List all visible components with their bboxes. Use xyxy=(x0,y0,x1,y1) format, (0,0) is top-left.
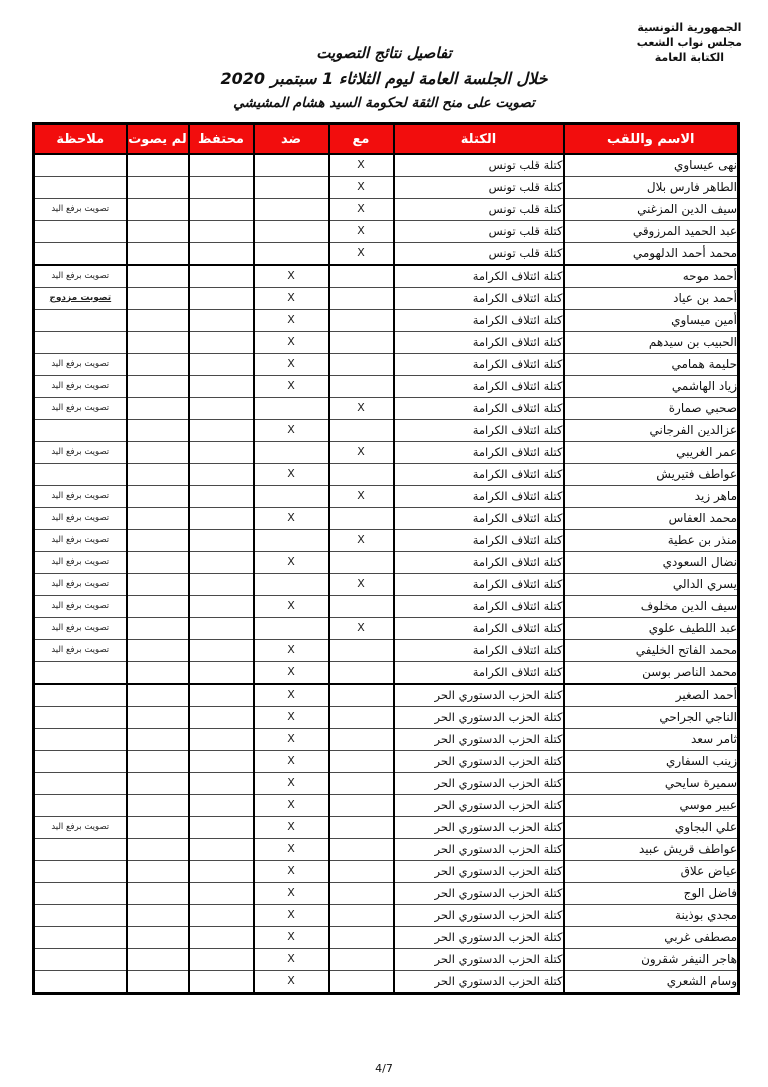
name-cell: صحبي صمارة xyxy=(564,398,739,420)
name-cell: حليمة همامي xyxy=(564,354,739,376)
vote-against-cell: X xyxy=(254,839,329,861)
abstain-cell xyxy=(189,861,254,883)
vote-for-cell xyxy=(329,861,394,883)
vote-against-cell: X xyxy=(254,596,329,618)
bloc-cell: كتلة ائتلاف الكرامة xyxy=(394,530,564,552)
vote-for-cell xyxy=(329,839,394,861)
vote-for-cell xyxy=(329,883,394,905)
table-row: محمد أحمد الدلهوميكتلة قلب تونسX xyxy=(34,243,739,266)
table-row: محمد الفاتح الخليفيكتلة ائتلاف الكرامةXت… xyxy=(34,640,739,662)
abstain-cell xyxy=(189,596,254,618)
table-row: الناجي الجراحيكتلة الحزب الدستوري الحرX xyxy=(34,707,739,729)
note-cell: تصويت برفع اليد xyxy=(34,640,127,662)
name-cell: سيف الدين مخلوف xyxy=(564,596,739,618)
name-cell: عياض علاق xyxy=(564,861,739,883)
name-cell: عواطف قريش عبيد xyxy=(564,839,739,861)
bloc-cell: كتلة ائتلاف الكرامة xyxy=(394,332,564,354)
abstain-cell xyxy=(189,662,254,685)
bloc-cell: كتلة ائتلاف الكرامة xyxy=(394,486,564,508)
vote-against-cell xyxy=(254,221,329,243)
note-cell xyxy=(34,773,127,795)
note-cell: تصويت مزدوج xyxy=(34,288,127,310)
vote-against-cell xyxy=(254,177,329,199)
vote-for-cell: X xyxy=(329,574,394,596)
abstain-cell xyxy=(189,640,254,662)
bloc-cell: كتلة ائتلاف الكرامة xyxy=(394,288,564,310)
vote-for-cell xyxy=(329,729,394,751)
no-vote-cell xyxy=(127,773,189,795)
name-cell: عواطف فتيريش xyxy=(564,464,739,486)
abstain-cell xyxy=(189,751,254,773)
name-cell: الحبيب بن سيدهم xyxy=(564,332,739,354)
vote-for-cell: X xyxy=(329,530,394,552)
name-cell: عبير موسي xyxy=(564,795,739,817)
vote-against-cell: X xyxy=(254,971,329,994)
vote-for-cell xyxy=(329,684,394,707)
no-vote-cell xyxy=(127,530,189,552)
table-row: عياض علاقكتلة الحزب الدستوري الحرX xyxy=(34,861,739,883)
table-row: أحمد موحهكتلة ائتلاف الكرامةXتصويت برفع … xyxy=(34,265,739,288)
abstain-cell xyxy=(189,773,254,795)
bloc-cell: كتلة الحزب الدستوري الحر xyxy=(394,773,564,795)
note-cell xyxy=(34,795,127,817)
col-header-against: ضد xyxy=(254,124,329,155)
vote-against-cell: X xyxy=(254,265,329,288)
bloc-cell: كتلة الحزب الدستوري الحر xyxy=(394,861,564,883)
table-row: هاجر النيفر شقرونكتلة الحزب الدستوري الح… xyxy=(34,949,739,971)
abstain-cell xyxy=(189,464,254,486)
bloc-cell: كتلة الحزب الدستوري الحر xyxy=(394,839,564,861)
bloc-cell: كتلة الحزب الدستوري الحر xyxy=(394,751,564,773)
abstain-cell xyxy=(189,376,254,398)
vote-for-cell xyxy=(329,971,394,994)
note-cell: تصويت برفع اليد xyxy=(34,817,127,839)
vote-against-cell xyxy=(254,486,329,508)
no-vote-cell xyxy=(127,310,189,332)
note-emphasized-text: تصويت مزدوج xyxy=(49,293,111,303)
table-row: يسري الداليكتلة ائتلاف الكرامةXتصويت برف… xyxy=(34,574,739,596)
name-cell: الطاهر فارس بلال xyxy=(564,177,739,199)
table-row: أحمد الصغيركتلة الحزب الدستوري الحرX xyxy=(34,684,739,707)
note-cell xyxy=(34,154,127,177)
name-cell: عزالدين الفرجاني xyxy=(564,420,739,442)
bloc-cell: كتلة الحزب الدستوري الحر xyxy=(394,707,564,729)
note-cell xyxy=(34,662,127,685)
bloc-cell: كتلة قلب تونس xyxy=(394,199,564,221)
abstain-cell xyxy=(189,552,254,574)
name-cell: وسام الشعري xyxy=(564,971,739,994)
note-cell xyxy=(34,310,127,332)
note-cell xyxy=(34,839,127,861)
vote-for-cell xyxy=(329,905,394,927)
name-cell: مجدي بوذينة xyxy=(564,905,739,927)
abstain-cell xyxy=(189,618,254,640)
vote-against-cell: X xyxy=(254,751,329,773)
bloc-cell: كتلة الحزب الدستوري الحر xyxy=(394,729,564,751)
bloc-cell: كتلة قلب تونس xyxy=(394,154,564,177)
bloc-cell: كتلة ائتلاف الكرامة xyxy=(394,552,564,574)
no-vote-cell xyxy=(127,398,189,420)
abstain-cell xyxy=(189,795,254,817)
no-vote-cell xyxy=(127,154,189,177)
col-header-note: ملاحظة xyxy=(34,124,127,155)
table-row: عواطف قريش عبيدكتلة الحزب الدستوري الحرX xyxy=(34,839,739,861)
vote-against-cell xyxy=(254,530,329,552)
col-header-abstain: محتفظ xyxy=(189,124,254,155)
letterhead-line-republic: الجمهورية التونسية xyxy=(637,20,742,35)
note-cell xyxy=(34,332,127,354)
note-cell xyxy=(34,464,127,486)
no-vote-cell xyxy=(127,729,189,751)
vote-for-cell xyxy=(329,662,394,685)
no-vote-cell xyxy=(127,971,189,994)
bloc-cell: كتلة ائتلاف الكرامة xyxy=(394,596,564,618)
vote-against-cell: X xyxy=(254,883,329,905)
note-cell: تصويت برفع اليد xyxy=(34,486,127,508)
table-row: سميرة سايحيكتلة الحزب الدستوري الحرX xyxy=(34,773,739,795)
abstain-cell xyxy=(189,817,254,839)
table-row: زياد الهاشميكتلة ائتلاف الكرامةXتصويت بر… xyxy=(34,376,739,398)
vote-for-cell xyxy=(329,288,394,310)
vote-for-cell: X xyxy=(329,618,394,640)
abstain-cell xyxy=(189,199,254,221)
col-header-bloc: الكتلة xyxy=(394,124,564,155)
name-cell: الناجي الجراحي xyxy=(564,707,739,729)
note-cell: تصويت برفع اليد xyxy=(34,265,127,288)
note-cell: تصويت برفع اليد xyxy=(34,398,127,420)
bloc-cell: كتلة ائتلاف الكرامة xyxy=(394,508,564,530)
vote-against-cell xyxy=(254,199,329,221)
bloc-cell: كتلة قلب تونس xyxy=(394,177,564,199)
vote-against-cell: X xyxy=(254,927,329,949)
note-cell xyxy=(34,971,127,994)
no-vote-cell xyxy=(127,552,189,574)
vote-against-cell xyxy=(254,618,329,640)
abstain-cell xyxy=(189,442,254,464)
vote-for-cell xyxy=(329,332,394,354)
vote-against-cell: X xyxy=(254,795,329,817)
vote-for-cell xyxy=(329,707,394,729)
table-row: عبير موسيكتلة الحزب الدستوري الحرX xyxy=(34,795,739,817)
table-row: فاضل الوجكتلة الحزب الدستوري الحرX xyxy=(34,883,739,905)
abstain-cell xyxy=(189,177,254,199)
no-vote-cell xyxy=(127,288,189,310)
bloc-cell: كتلة الحزب الدستوري الحر xyxy=(394,971,564,994)
no-vote-cell xyxy=(127,574,189,596)
vote-for-cell xyxy=(329,640,394,662)
bloc-cell: كتلة ائتلاف الكرامة xyxy=(394,464,564,486)
no-vote-cell xyxy=(127,839,189,861)
vote-against-cell: X xyxy=(254,420,329,442)
name-cell: أمين ميساوي xyxy=(564,310,739,332)
vote-for-cell: X xyxy=(329,154,394,177)
vote-against-cell: X xyxy=(254,354,329,376)
no-vote-cell xyxy=(127,376,189,398)
vote-against-cell xyxy=(254,442,329,464)
name-cell: سيف الدين المزغني xyxy=(564,199,739,221)
results-table-wrap: الاسم واللقب الكتلة مع ضد محتفظ لم يصوت … xyxy=(32,122,740,995)
abstain-cell xyxy=(189,398,254,420)
bloc-cell: كتلة ائتلاف الكرامة xyxy=(394,265,564,288)
name-cell: ماهر زيد xyxy=(564,486,739,508)
note-cell: تصويت برفع اليد xyxy=(34,442,127,464)
abstain-cell xyxy=(189,420,254,442)
bloc-cell: كتلة الحزب الدستوري الحر xyxy=(394,684,564,707)
name-cell: سميرة سايحي xyxy=(564,773,739,795)
note-cell: تصويت برفع اليد xyxy=(34,376,127,398)
no-vote-cell xyxy=(127,221,189,243)
no-vote-cell xyxy=(127,618,189,640)
vote-against-cell: X xyxy=(254,288,329,310)
table-row: سيف الدين المزغنيكتلة قلب تونسXتصويت برف… xyxy=(34,199,739,221)
table-row: الحبيب بن سيدهمكتلة ائتلاف الكرامةX xyxy=(34,332,739,354)
vote-for-cell: X xyxy=(329,442,394,464)
title-subject: تصويت على منح الثقة لحكومة السيد هشام ال… xyxy=(28,95,740,111)
vote-against-cell: X xyxy=(254,464,329,486)
vote-for-cell: X xyxy=(329,221,394,243)
bloc-cell: كتلة ائتلاف الكرامة xyxy=(394,640,564,662)
vote-against-cell: X xyxy=(254,707,329,729)
table-row: نضال السعوديكتلة ائتلاف الكرامةXتصويت بر… xyxy=(34,552,739,574)
bloc-cell: كتلة الحزب الدستوري الحر xyxy=(394,905,564,927)
no-vote-cell xyxy=(127,354,189,376)
no-vote-cell xyxy=(127,905,189,927)
bloc-cell: كتلة ائتلاف الكرامة xyxy=(394,310,564,332)
abstain-cell xyxy=(189,288,254,310)
no-vote-cell xyxy=(127,640,189,662)
note-cell xyxy=(34,243,127,266)
no-vote-cell xyxy=(127,949,189,971)
table-row: عبد اللطيف علويكتلة ائتلاف الكرامةXتصويت… xyxy=(34,618,739,640)
table-row: عزالدين الفرجانيكتلة ائتلاف الكرامةX xyxy=(34,420,739,442)
vote-for-cell: X xyxy=(329,486,394,508)
no-vote-cell xyxy=(127,817,189,839)
no-vote-cell xyxy=(127,861,189,883)
note-cell: تصويت برفع اليد xyxy=(34,596,127,618)
abstain-cell xyxy=(189,530,254,552)
vote-against-cell: X xyxy=(254,817,329,839)
name-cell: علي البجاوي xyxy=(564,817,739,839)
note-cell: تصويت برفع اليد xyxy=(34,199,127,221)
no-vote-cell xyxy=(127,177,189,199)
no-vote-cell xyxy=(127,442,189,464)
name-cell: محمد الفاتح الخليفي xyxy=(564,640,739,662)
name-cell: مصطفى غربي xyxy=(564,927,739,949)
bloc-cell: كتلة ائتلاف الكرامة xyxy=(394,354,564,376)
note-cell xyxy=(34,927,127,949)
no-vote-cell xyxy=(127,927,189,949)
abstain-cell xyxy=(189,574,254,596)
vote-for-cell: X xyxy=(329,243,394,266)
table-header-row: الاسم واللقب الكتلة مع ضد محتفظ لم يصوت … xyxy=(34,124,739,155)
name-cell: أحمد بن عياد xyxy=(564,288,739,310)
vote-against-cell: X xyxy=(254,640,329,662)
no-vote-cell xyxy=(127,883,189,905)
abstain-cell xyxy=(189,265,254,288)
name-cell: فاضل الوج xyxy=(564,883,739,905)
vote-against-cell xyxy=(254,154,329,177)
name-cell: ثامر سعد xyxy=(564,729,739,751)
bloc-cell: كتلة الحزب الدستوري الحر xyxy=(394,927,564,949)
bloc-cell: كتلة الحزب الدستوري الحر xyxy=(394,949,564,971)
vote-for-cell xyxy=(329,773,394,795)
vote-for-cell xyxy=(329,310,394,332)
name-cell: زياد الهاشمي xyxy=(564,376,739,398)
name-cell: زينب السفاري xyxy=(564,751,739,773)
note-cell xyxy=(34,221,127,243)
table-row: مجدي بوذينةكتلة الحزب الدستوري الحرX xyxy=(34,905,739,927)
table-row: محمد العفاسكتلة ائتلاف الكرامةXتصويت برف… xyxy=(34,508,739,530)
no-vote-cell xyxy=(127,464,189,486)
no-vote-cell xyxy=(127,486,189,508)
abstain-cell xyxy=(189,486,254,508)
note-cell xyxy=(34,420,127,442)
vote-for-cell xyxy=(329,949,394,971)
table-row: زينب السفاريكتلة الحزب الدستوري الحرX xyxy=(34,751,739,773)
vote-for-cell xyxy=(329,751,394,773)
vote-for-cell xyxy=(329,420,394,442)
name-cell: عبد اللطيف علوي xyxy=(564,618,739,640)
name-cell: محمد أحمد الدلهومي xyxy=(564,243,739,266)
table-row: منذر بن عطيةكتلة ائتلاف الكرامةXتصويت بر… xyxy=(34,530,739,552)
note-cell xyxy=(34,949,127,971)
note-cell xyxy=(34,905,127,927)
vote-against-cell: X xyxy=(254,508,329,530)
abstain-cell xyxy=(189,684,254,707)
no-vote-cell xyxy=(127,751,189,773)
note-cell: تصويت برفع اليد xyxy=(34,508,127,530)
abstain-cell xyxy=(189,905,254,927)
note-cell xyxy=(34,751,127,773)
name-cell: نهى عيساوي xyxy=(564,154,739,177)
vote-against-cell: X xyxy=(254,861,329,883)
name-cell: عبد الحميد المرزوقي xyxy=(564,221,739,243)
abstain-cell xyxy=(189,221,254,243)
table-row: محمد الناصر بوسنكتلة ائتلاف الكرامةX xyxy=(34,662,739,685)
table-row: حليمة هماميكتلة ائتلاف الكرامةXتصويت برف… xyxy=(34,354,739,376)
title-main: تفاصيل نتائج التصويت xyxy=(28,44,740,62)
vote-for-cell: X xyxy=(329,398,394,420)
no-vote-cell xyxy=(127,265,189,288)
vote-against-cell: X xyxy=(254,310,329,332)
vote-against-cell: X xyxy=(254,949,329,971)
table-row: مصطفى غربيكتلة الحزب الدستوري الحرX xyxy=(34,927,739,949)
table-row: الطاهر فارس بلالكتلة قلب تونسX xyxy=(34,177,739,199)
results-tbody: نهى عيساويكتلة قلب تونسXالطاهر فارس بلال… xyxy=(34,154,739,994)
bloc-cell: كتلة ائتلاف الكرامة xyxy=(394,618,564,640)
vote-for-cell xyxy=(329,795,394,817)
vote-for-cell xyxy=(329,552,394,574)
document-page: الجمهورية التونسية مجلس نواب الشعب الكتا… xyxy=(0,0,768,1087)
col-header-no-vote: لم يصوت xyxy=(127,124,189,155)
abstain-cell xyxy=(189,508,254,530)
abstain-cell xyxy=(189,310,254,332)
vote-against-cell: X xyxy=(254,773,329,795)
name-cell: أحمد موحه xyxy=(564,265,739,288)
abstain-cell xyxy=(189,927,254,949)
note-cell: تصويت برفع اليد xyxy=(34,574,127,596)
table-row: أحمد بن عيادكتلة ائتلاف الكرامةXتصويت مز… xyxy=(34,288,739,310)
no-vote-cell xyxy=(127,420,189,442)
table-row: أمين ميساويكتلة ائتلاف الكرامةX xyxy=(34,310,739,332)
name-cell: منذر بن عطية xyxy=(564,530,739,552)
abstain-cell xyxy=(189,332,254,354)
note-cell xyxy=(34,883,127,905)
no-vote-cell xyxy=(127,795,189,817)
vote-for-cell xyxy=(329,376,394,398)
table-row: علي البجاويكتلة الحزب الدستوري الحرXتصوي… xyxy=(34,817,739,839)
abstain-cell xyxy=(189,154,254,177)
vote-against-cell: X xyxy=(254,684,329,707)
bloc-cell: كتلة قلب تونس xyxy=(394,221,564,243)
vote-for-cell xyxy=(329,354,394,376)
table-row: ثامر سعدكتلة الحزب الدستوري الحرX xyxy=(34,729,739,751)
note-cell: تصويت برفع اليد xyxy=(34,530,127,552)
no-vote-cell xyxy=(127,662,189,685)
note-cell xyxy=(34,684,127,707)
voting-results-table: الاسم واللقب الكتلة مع ضد محتفظ لم يصوت … xyxy=(32,122,740,995)
vote-for-cell xyxy=(329,464,394,486)
note-cell xyxy=(34,861,127,883)
vote-for-cell: X xyxy=(329,177,394,199)
vote-for-cell xyxy=(329,265,394,288)
bloc-cell: كتلة ائتلاف الكرامة xyxy=(394,420,564,442)
document-title-block: تفاصيل نتائج التصويت خلال الجلسة العامة … xyxy=(28,44,740,111)
table-row: عبد الحميد المرزوقيكتلة قلب تونسX xyxy=(34,221,739,243)
bloc-cell: كتلة ائتلاف الكرامة xyxy=(394,442,564,464)
name-cell: محمد العفاس xyxy=(564,508,739,530)
table-row: عمر الغريبيكتلة ائتلاف الكرامةXتصويت برف… xyxy=(34,442,739,464)
col-header-for: مع xyxy=(329,124,394,155)
page-number: 4/7 xyxy=(0,1062,768,1075)
table-row: صحبي صمارةكتلة ائتلاف الكرامةXتصويت برفع… xyxy=(34,398,739,420)
no-vote-cell xyxy=(127,243,189,266)
abstain-cell xyxy=(189,949,254,971)
vote-for-cell: X xyxy=(329,199,394,221)
no-vote-cell xyxy=(127,684,189,707)
bloc-cell: كتلة الحزب الدستوري الحر xyxy=(394,883,564,905)
name-cell: محمد الناصر بوسن xyxy=(564,662,739,685)
vote-against-cell xyxy=(254,243,329,266)
vote-for-cell xyxy=(329,817,394,839)
name-cell: هاجر النيفر شقرون xyxy=(564,949,739,971)
bloc-cell: كتلة ائتلاف الكرامة xyxy=(394,574,564,596)
bloc-cell: كتلة قلب تونس xyxy=(394,243,564,266)
col-header-name: الاسم واللقب xyxy=(564,124,739,155)
bloc-cell: كتلة ائتلاف الكرامة xyxy=(394,376,564,398)
vote-for-cell xyxy=(329,927,394,949)
no-vote-cell xyxy=(127,332,189,354)
vote-against-cell: X xyxy=(254,376,329,398)
no-vote-cell xyxy=(127,199,189,221)
table-row: وسام الشعريكتلة الحزب الدستوري الحرX xyxy=(34,971,739,994)
table-row: عواطف فتيريشكتلة ائتلاف الكرامةX xyxy=(34,464,739,486)
bloc-cell: كتلة الحزب الدستوري الحر xyxy=(394,817,564,839)
abstain-cell xyxy=(189,971,254,994)
vote-against-cell: X xyxy=(254,552,329,574)
vote-for-cell xyxy=(329,596,394,618)
bloc-cell: كتلة الحزب الدستوري الحر xyxy=(394,795,564,817)
name-cell: أحمد الصغير xyxy=(564,684,739,707)
no-vote-cell xyxy=(127,508,189,530)
bloc-cell: كتلة ائتلاف الكرامة xyxy=(394,398,564,420)
title-session: خلال الجلسة العامة ليوم الثلاثاء 1 سبتمب… xyxy=(28,69,740,88)
abstain-cell xyxy=(189,729,254,751)
note-cell: تصويت برفع اليد xyxy=(34,354,127,376)
no-vote-cell xyxy=(127,707,189,729)
note-cell xyxy=(34,707,127,729)
table-row: ماهر زيدكتلة ائتلاف الكرامةXتصويت برفع ا… xyxy=(34,486,739,508)
